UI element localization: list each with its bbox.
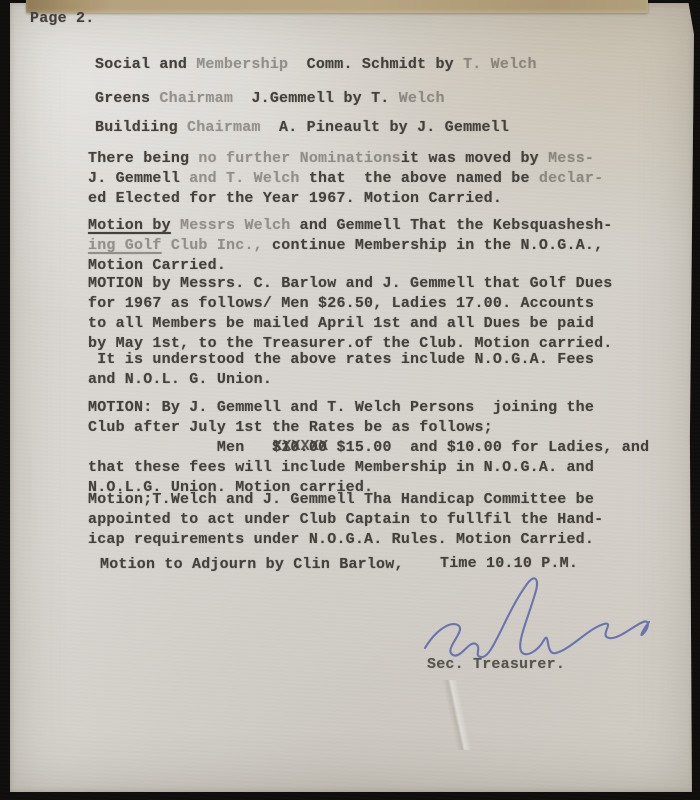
text-line: for 1967 as follows/ Men $26.50, Ladies … [88,294,612,314]
text-line: icap requirements under N.O.G.A. Rules. … [88,530,603,550]
tape-strip [26,0,648,13]
text-line: MOTION by Messrs. C. Barlow and J. Gemme… [88,274,612,294]
text-line: ed Elected for the Year 1967. Motion Car… [88,189,603,209]
paragraph: MOTION: By J. Gemmell and T. Welch Perso… [88,398,649,498]
text-line: Motion;T.Welch and J. Gemmell Tha Handic… [88,490,603,510]
overstrike-xxxx: XXXXXX [273,437,328,457]
text-line: that these fees will include Membership … [88,458,649,478]
text-line: Motion by Messrs Welch and Gemmell That … [88,216,613,236]
paragraph: Motion by Messrs Welch and Gemmell That … [88,216,613,276]
page-number-label: Page 2. [30,10,94,27]
paragraph: MOTION by Messrs. C. Barlow and J. Gemme… [88,274,612,354]
paragraph: It is understood the above rates include… [88,350,594,390]
text-line: Buildiing Chairmam A. Pineault by J. Gem… [95,117,537,138]
scanned-minutes-page: { "colors": { "paper": "#d7d4cf", "paper… [0,0,700,800]
text-line: Club after July 1st the Rates be as foll… [88,418,649,438]
paragraph: Motion;T.Welch and J. Gemmell Tha Handic… [88,490,603,550]
text-line: Men $10.00XXXXXX $15.00 and $10.00 for L… [88,438,649,458]
overstruck-text: $10.00XXXXXX [272,438,327,458]
text-line: Motion Carried. [88,256,613,276]
text-line: and N.O.L. G. Union. [88,370,594,390]
text-line: It is understood the above rates include… [88,350,594,370]
adjourn-time-text: Time 10.10 P.M. [440,555,578,572]
text-line: ing Golf Club Inc., continue Membership … [88,236,613,256]
committee-roster: Social and Membership Comm. Schmidt by T… [95,54,537,138]
text-line: MOTION: By J. Gemmell and T. Welch Perso… [88,398,649,418]
text-line: to all Members be mailed April 1st and a… [88,314,612,334]
text-line: Greens Chairmam J.Gemmell by T. Welch [95,88,537,109]
adjourn-motion-text: Motion to Adjourn by Clin Barlow, [100,556,404,573]
text-line: J. Gemmell and T. Welch that the above n… [88,169,603,189]
paragraph: There being no further Nominationsit was… [88,149,603,209]
signature-caption: Sec. Treasurer. [427,656,565,673]
text-line: Social and Membership Comm. Schmidt by T… [95,54,537,75]
text-line: appointed to act under Club Captain to f… [88,510,603,530]
handwritten-signature-icon [403,572,673,664]
text-line: There being no further Nominationsit was… [88,149,603,169]
